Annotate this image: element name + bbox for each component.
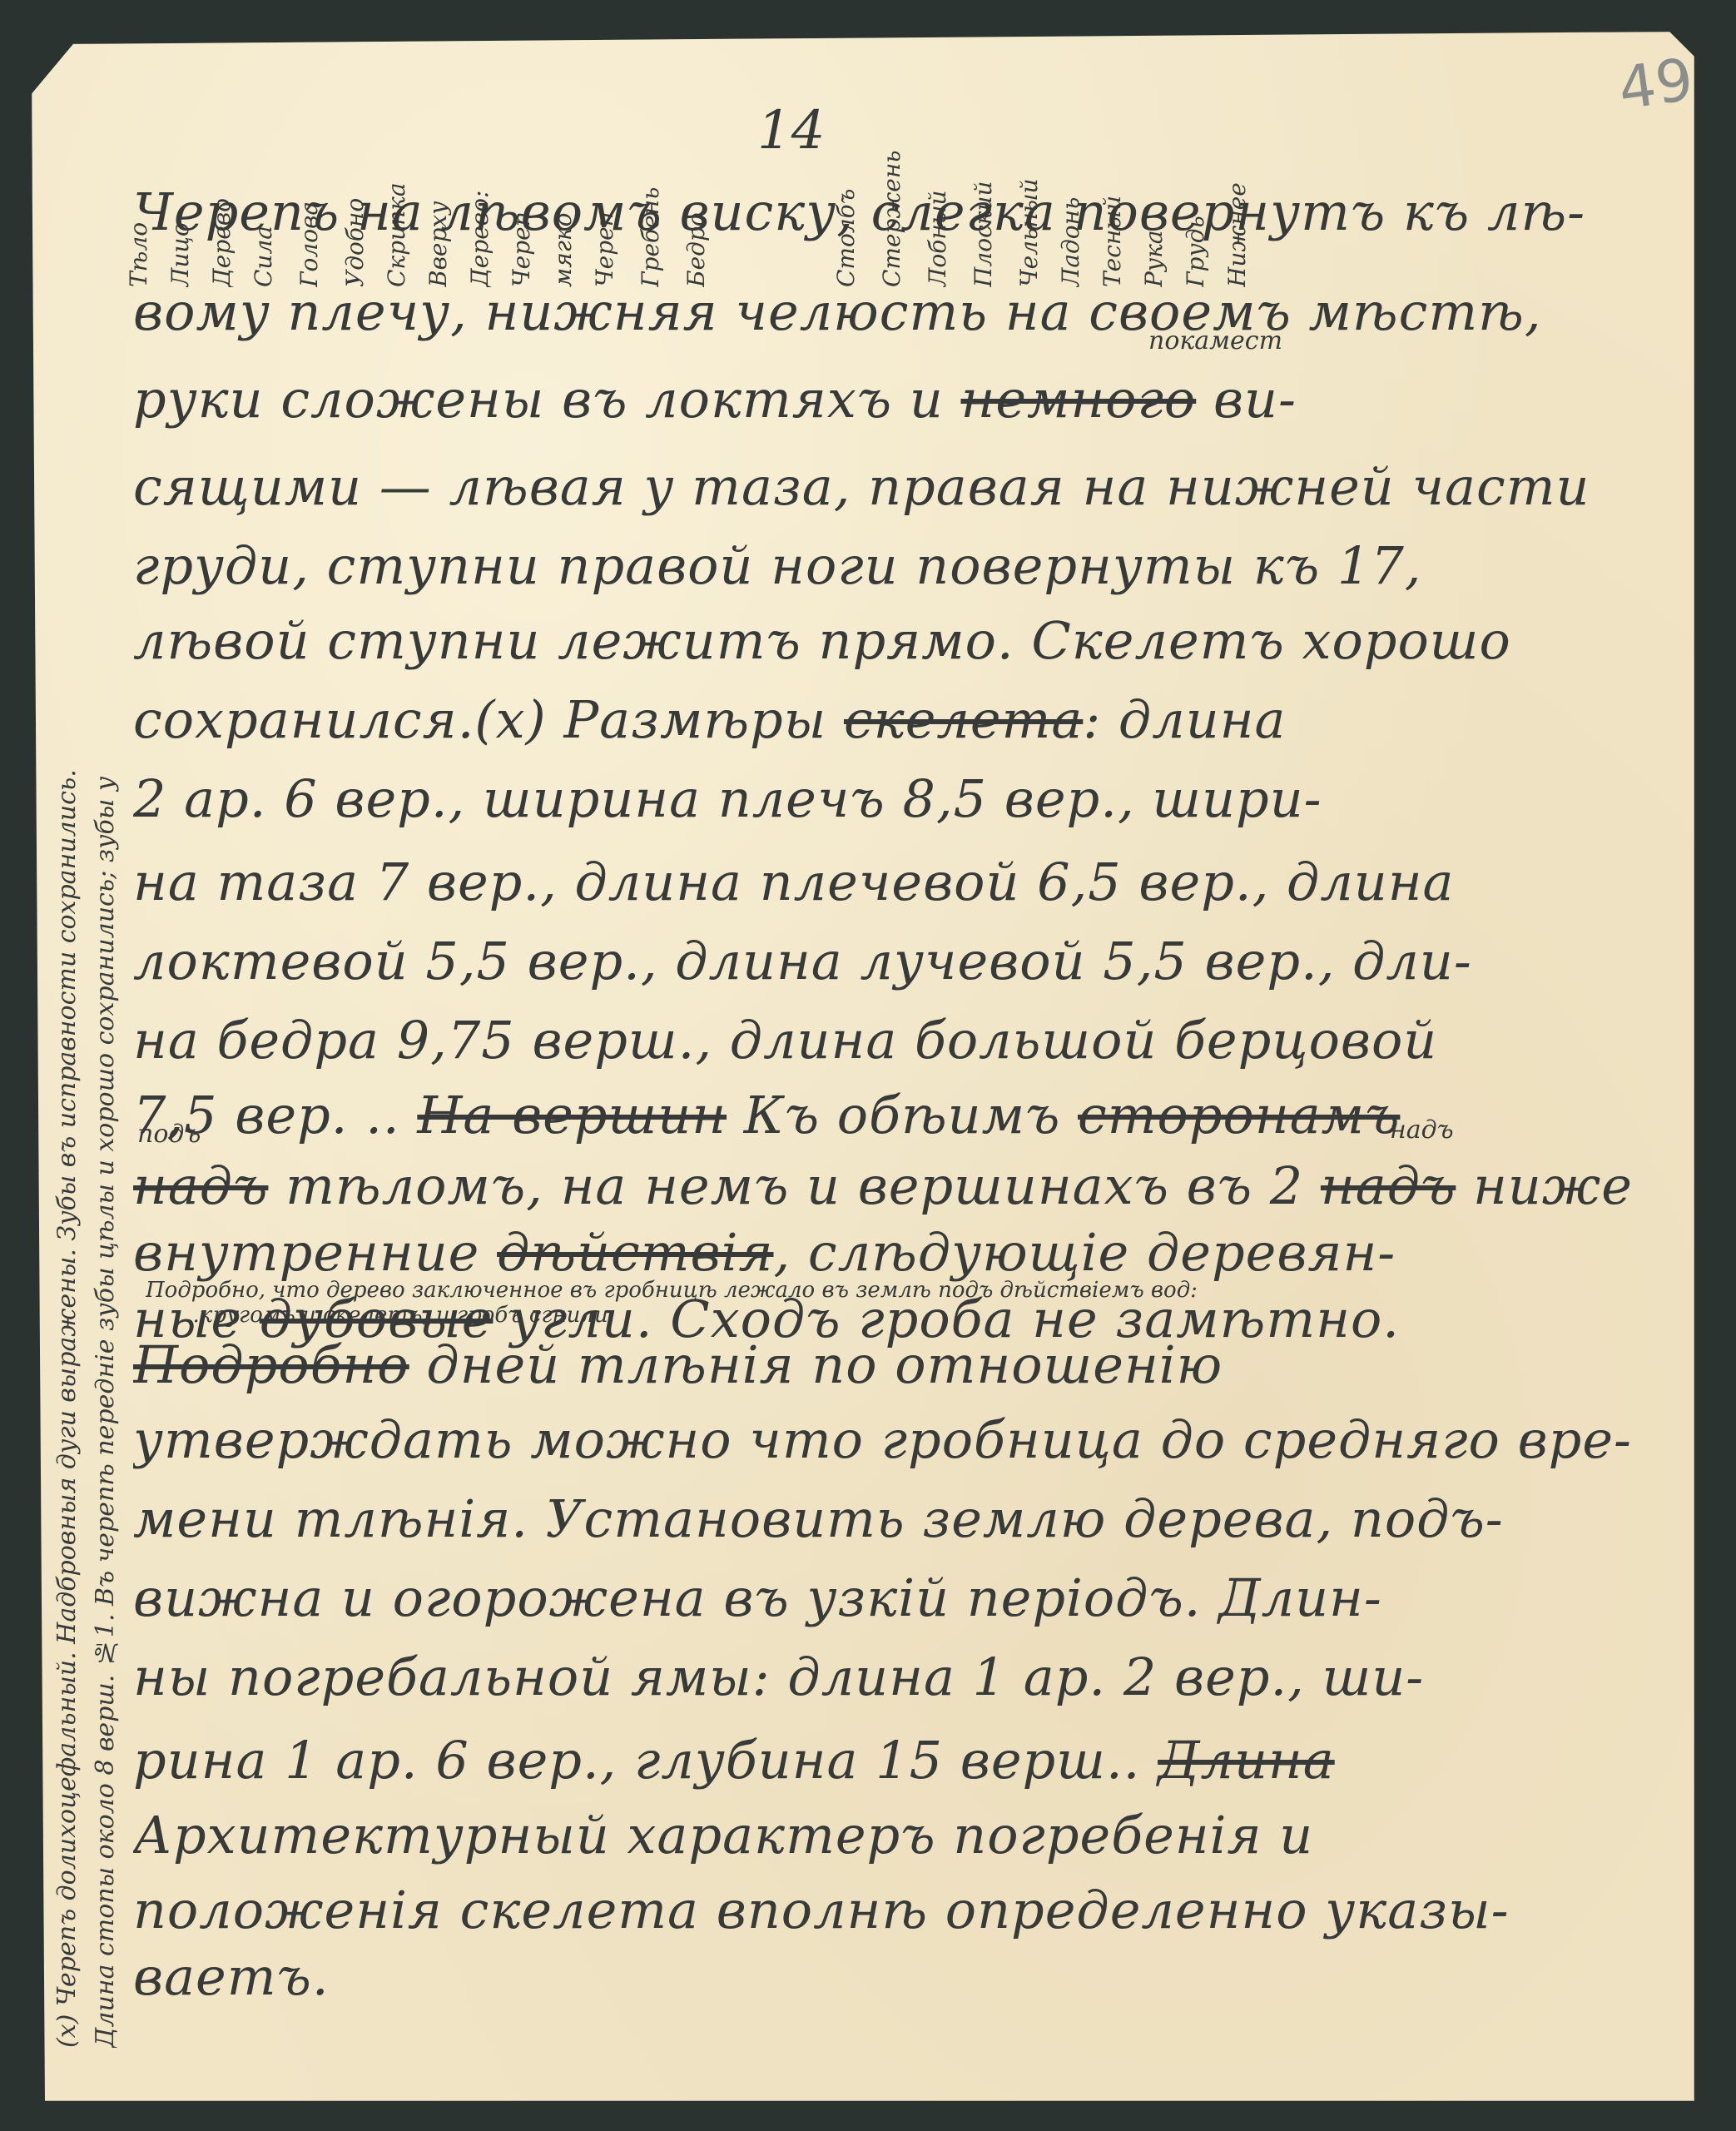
body-line: сохранился.(x) Размѣры скелета: длина <box>133 687 1681 753</box>
header-word: Плоский <box>970 46 998 287</box>
body-line: внутренние дѣйствія, слѣдующіе деревян- <box>133 1219 1681 1286</box>
header-word: Лобный <box>924 46 952 287</box>
margin-footnote-line: (x) Черепъ долихоцефальный. Надбровныя д… <box>48 50 87 2048</box>
interlinear-note: ...кругомъ и скелетъ, и гробъ сгнили: <box>179 1303 1694 1328</box>
struck-word: Подробно <box>133 1334 409 1395</box>
struck-word: немного <box>960 369 1196 430</box>
body-line: руки сложены въ локтяхъ и немного ви- <box>133 366 1681 433</box>
header-word: Тесный <box>1099 46 1127 287</box>
header-word: мягко <box>549 46 578 287</box>
header-word: Удобно <box>341 46 370 287</box>
header-word: Вверху <box>424 46 453 287</box>
header-word: Столбъ <box>832 46 861 287</box>
page-number: 14 <box>757 100 825 161</box>
margin-footnote: (x) Черепъ долихоцефальный. Надбровныя д… <box>48 50 131 2048</box>
body-line: лѣвой ступни лежитъ прямо. Скелетъ хорош… <box>133 608 1681 674</box>
header-word: Череп <box>508 46 536 287</box>
body-line: локтевой 5,5 вер., длина лучевой 5,5 вер… <box>133 928 1681 995</box>
body-line: Черепъ на лѣвомъ виску, слегка повернутъ… <box>133 179 1681 246</box>
struck-word: надъ <box>133 1155 268 1216</box>
header-word: Лицо <box>166 46 195 287</box>
struck-word: скелета <box>844 689 1083 750</box>
header-word: Дерево: <box>466 46 494 287</box>
body-line: мени тлѣнія. Установить землю дерева, по… <box>133 1486 1681 1552</box>
body-line: Архитектурный характеръ погребенія и <box>133 1802 1681 1869</box>
body-line: ны погребальной ямы: длина 1 ар. 2 вер.,… <box>133 1644 1681 1711</box>
struck-word: дѣйствія <box>497 1222 773 1283</box>
header-columns-left: Тѣло Лицо Дерево Сила Голова Удобно Скри… <box>125 46 757 287</box>
body-line: рина 1 ар. 6 вер., глубина 15 верш.. Дли… <box>133 1727 1681 1794</box>
header-word: Череп <box>591 46 619 287</box>
body-line: на бедра 9,75 верш., длина большой берцо… <box>133 1007 1681 1074</box>
body-line: утверждать можно что гробница до средняг… <box>133 1407 1681 1473</box>
header-word: Гребень <box>637 46 665 287</box>
header-word: Рука <box>1140 46 1168 287</box>
body-line: вижна и огорожена въ узкій періодъ. Длин… <box>133 1565 1681 1632</box>
header-word: Чельный <box>1015 46 1044 287</box>
body-line: Подробно дней тлѣнія по отношенію <box>133 1332 1681 1398</box>
struck-word: Длина <box>1158 1730 1335 1791</box>
body-line: сящими — лѣвая у таза, правая на нижней … <box>133 454 1681 520</box>
struck-word: сторонамъ <box>1078 1085 1400 1145</box>
body-line: на таза 7 вер., длина плечевой 6,5 вер.,… <box>133 849 1681 916</box>
interlinear-note: Подробно, что дерево заключенное въ гроб… <box>146 1278 1660 1303</box>
body-line: 2 ар. 6 вер., ширина плечъ 8,5 вер., шир… <box>133 766 1681 832</box>
folio-number: 49 <box>1614 45 1698 123</box>
header-word: Ладонь <box>1057 46 1085 287</box>
header-word: Голова <box>295 46 324 287</box>
interlinear-insertion: надъ <box>1390 1115 1454 1145</box>
body-line: надъ тѣломъ, на немъ и вершинахъ въ 2 на… <box>133 1153 1681 1219</box>
body-line: вому плечу, нижняя челюсть на своемъ мѣс… <box>133 279 1681 345</box>
body-line: ваетъ. <box>133 1944 1681 2010</box>
interlinear-insertion: покамест <box>1148 326 1282 355</box>
struck-word: надъ <box>1321 1155 1456 1216</box>
header-word: Бедро <box>682 46 711 287</box>
struck-word: На вершин <box>417 1085 727 1145</box>
header-word: Стержень <box>878 46 906 287</box>
header-word: Сила <box>250 46 278 287</box>
header-word: Скрипка <box>383 46 411 287</box>
header-columns-right: Столбъ Стержень Лобный Плоский Чельный Л… <box>832 46 1298 287</box>
interlinear-insertion: подъ <box>137 1120 201 1149</box>
body-line: груди, ступни правой ноги повернуты къ 1… <box>133 533 1681 599</box>
margin-footnote-line: Длина стопы около 8 верш. №1. Въ черепѣ … <box>87 50 125 2048</box>
header-word: Грудь <box>1182 46 1210 287</box>
header-word: Нижнее <box>1223 46 1252 287</box>
body-line: положенія скелета вполнѣ определенно ука… <box>133 1877 1681 1944</box>
header-word: Дерево <box>208 46 236 287</box>
